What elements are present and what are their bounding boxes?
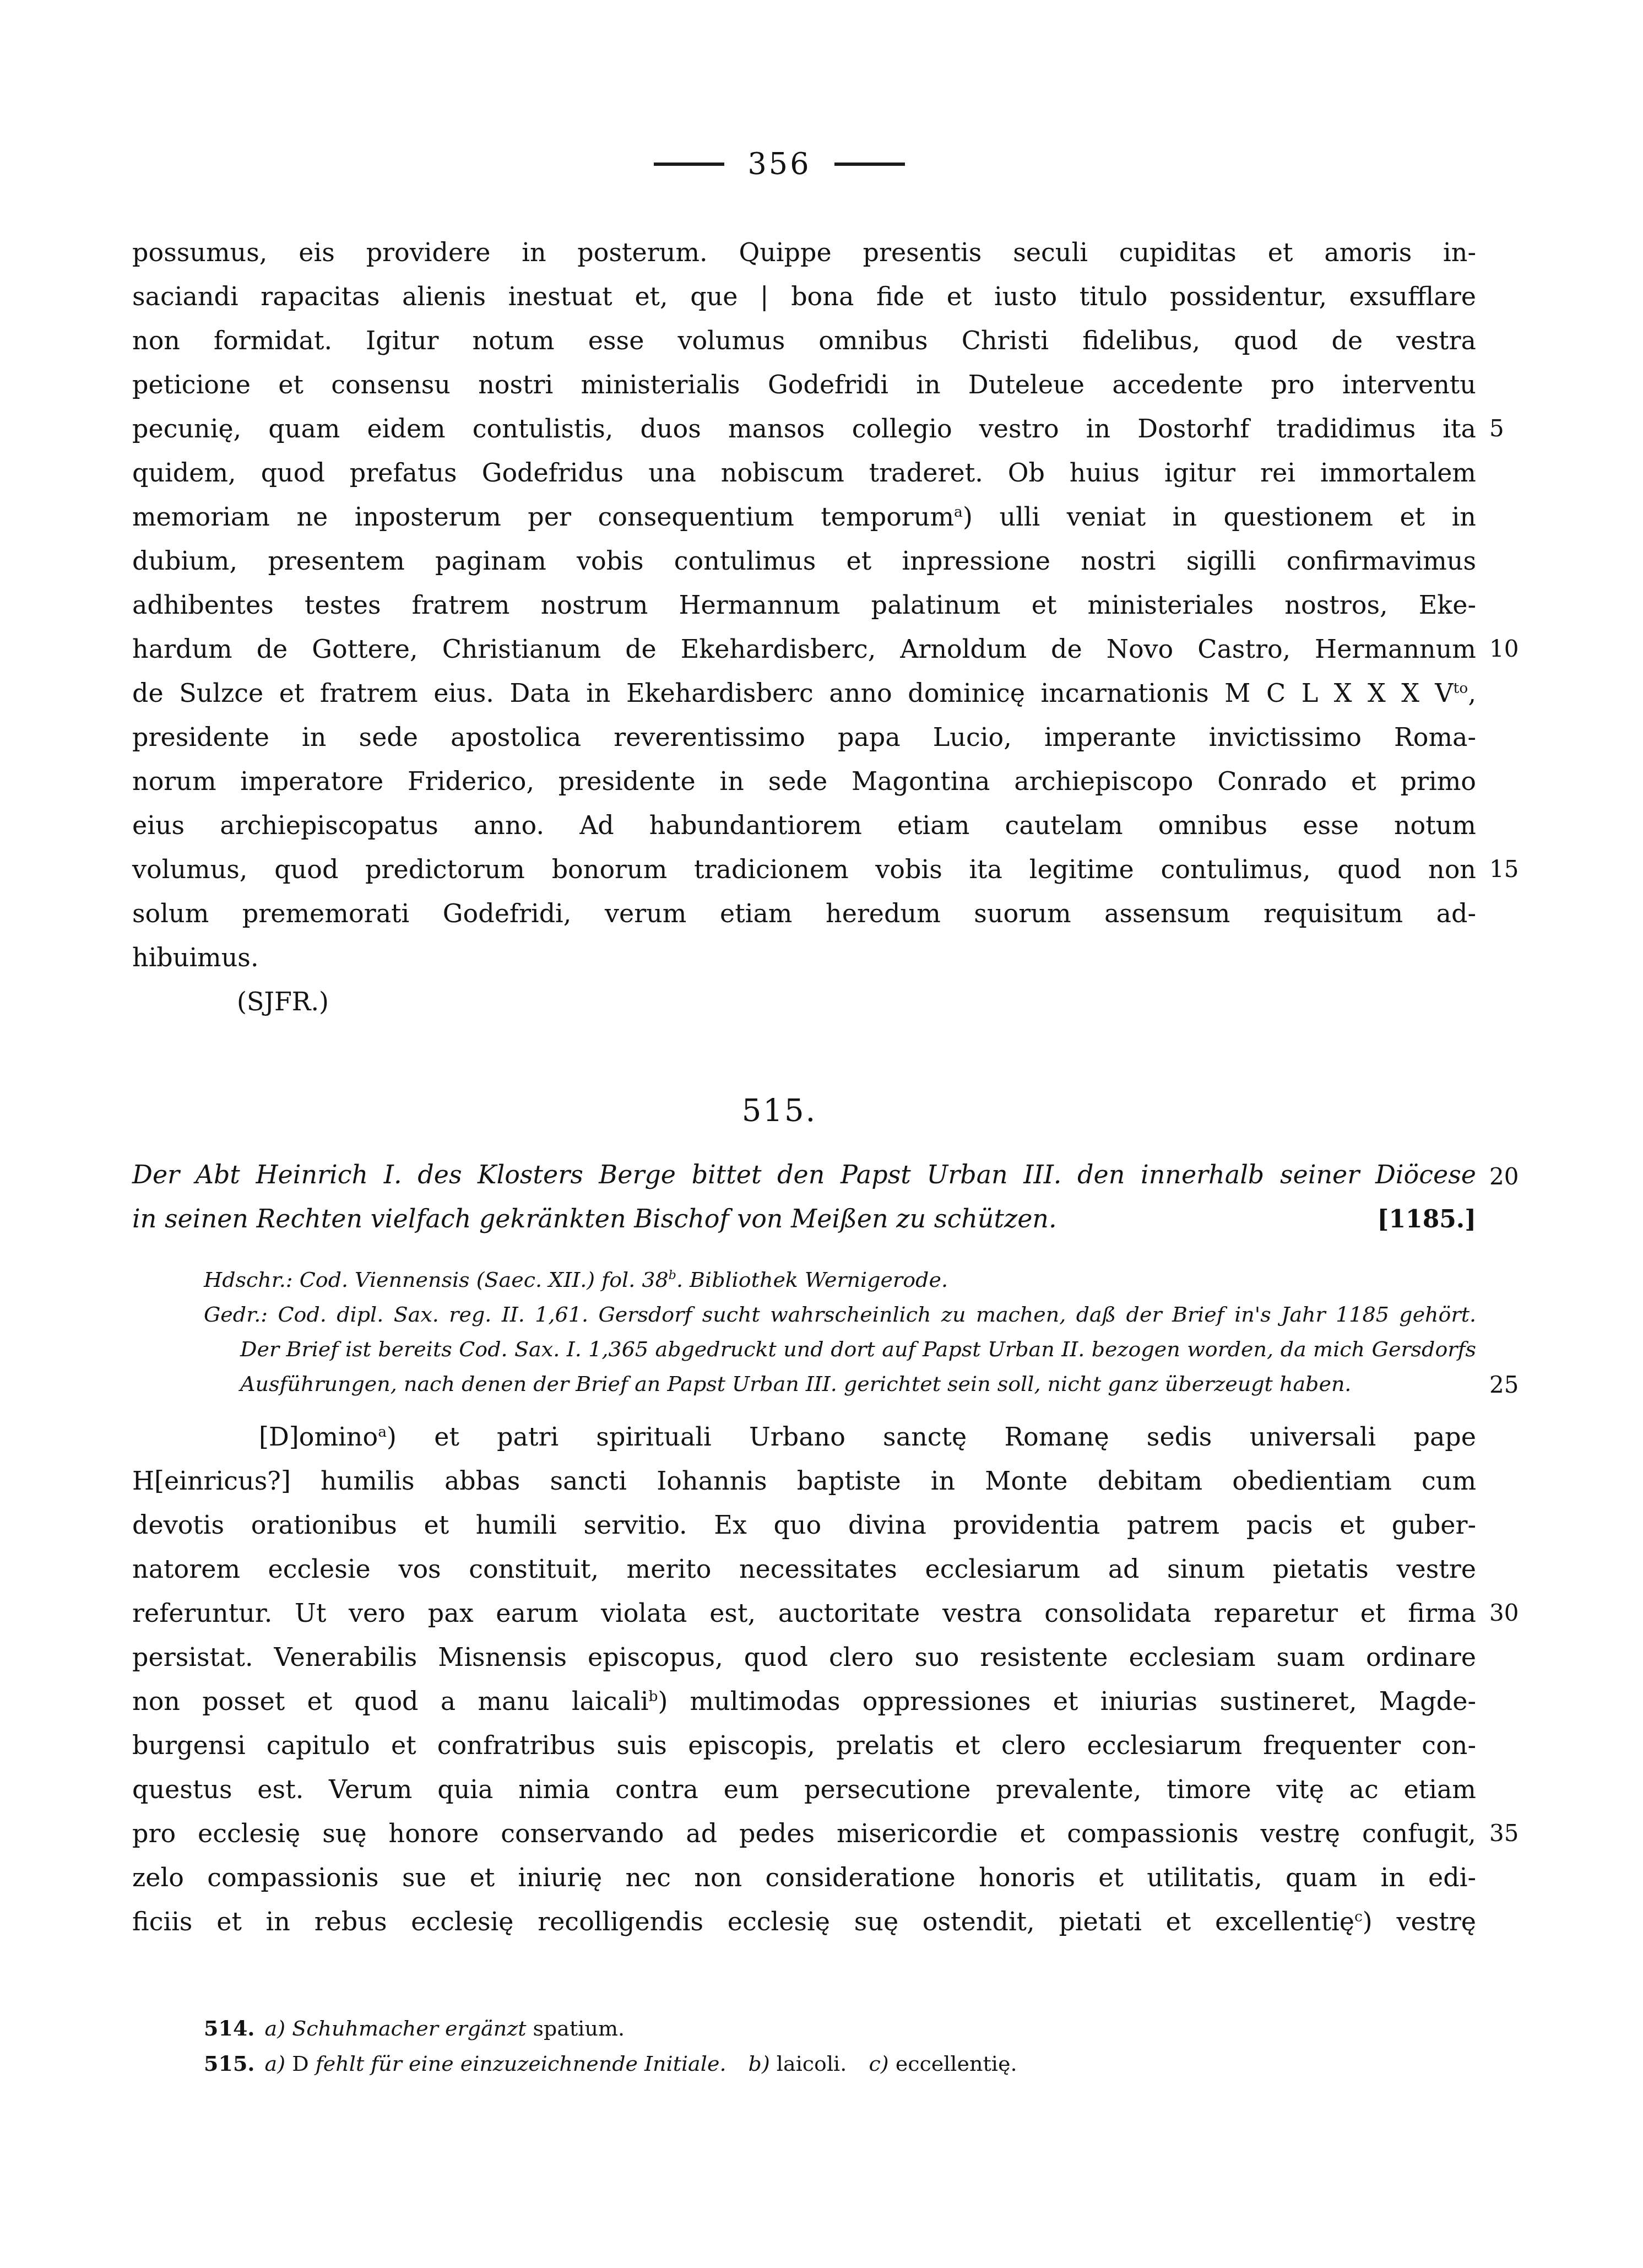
footnote-text-roman: laicoli. <box>777 2052 847 2076</box>
header-rule-left <box>654 163 724 166</box>
text-line: norum imperatore Friderico, presidente i… <box>132 759 1476 803</box>
editor-signature: (SJFR.) <box>132 979 1476 1024</box>
text-line: volumus, quod predictorum bonorum tradic… <box>132 847 1476 891</box>
footnote-marker-a: a) <box>265 2016 285 2040</box>
footnote-number: 514. <box>204 2016 255 2040</box>
superscript-to: to <box>1454 680 1468 697</box>
scanned-page: 356 possumus, eis providere in posterum.… <box>0 0 1643 2268</box>
margin-line-number: 30 <box>1489 1595 1539 1631</box>
text-segment: [D]omino <box>259 1422 378 1452</box>
text-segment: memoriam ne inposterum per consequentium… <box>132 502 954 532</box>
page-header: 356 <box>132 148 1427 181</box>
text-line: zelo compassionis sue et iniurię nec non… <box>132 1855 1476 1899</box>
text-line: hardum de Gottere, Christianum de Ekehar… <box>132 627 1476 671</box>
source-notes: Hdschr.: Cod. Viennensis (Saec. XII.) fo… <box>204 1263 1476 1401</box>
text-line: pecunię, quam eidem contulistis, duos ma… <box>132 407 1476 451</box>
text-line: [D]ominoa) et patri spirituali Urbano sa… <box>132 1415 1476 1459</box>
text-line: presidente in sede apostolica reverentis… <box>132 715 1476 759</box>
text-line: referuntur. Ut vero pax earum violata es… <box>132 1591 1476 1635</box>
footnotes: 514.a) Schuhmacher ergänzt spatium. 515.… <box>204 2011 1476 2081</box>
text-line: H[einricus?] humilis abbas sancti Iohann… <box>132 1459 1476 1503</box>
text-line: questus est. Verum quia nimia contra eum… <box>132 1767 1476 1811</box>
text-segment: ) multimodas oppressiones et iniurias su… <box>658 1686 1476 1716</box>
text-line: dubium, presentem paginam vobis contulim… <box>132 539 1476 583</box>
footnote-514: 514.a) Schuhmacher ergänzt spatium. <box>204 2011 1476 2046</box>
footnote-text-roman: D <box>292 2052 308 2076</box>
margin-line-number: 10 <box>1489 631 1539 667</box>
margin-line-number: 15 <box>1489 852 1539 887</box>
regest-line: Der Abt Heinrich I. des Klosters Berge b… <box>132 1152 1476 1197</box>
margin-line-number: 20 <box>1489 1159 1539 1194</box>
text-segment: ) et patri spirituali Urbano sanctę Roma… <box>387 1422 1476 1452</box>
regest-line: in seinen Rechten vielfach gekränkten Bi… <box>132 1197 1476 1242</box>
header-rule-right <box>834 163 905 166</box>
text-line: pro ecclesię suę honore conservando ad p… <box>132 1811 1476 1855</box>
source-line: Ausführungen, nach denen der Brief an Pa… <box>204 1367 1476 1401</box>
margin-line-number: 25 <box>1489 1367 1539 1403</box>
text-line: non formidat. Igitur notum esse volumus … <box>132 318 1476 362</box>
footnote-number: 515. <box>204 2051 255 2076</box>
regest: Der Abt Heinrich I. des Klosters Berge b… <box>132 1152 1476 1242</box>
text-line: de Sulzce et fratrem eius. Data in Ekeha… <box>132 671 1476 715</box>
text-line: burgensi capitulo et confratribus suis e… <box>132 1723 1476 1767</box>
text-segment: ) ulli veniat in questionem et in <box>963 502 1476 532</box>
document-515-heading: 515. <box>132 1094 1427 1129</box>
footnote-marker-a: a) <box>265 2052 285 2076</box>
page-number: 356 <box>747 148 811 181</box>
text-segment: de Sulzce et fratrem eius. Data in Ekeha… <box>132 678 1454 708</box>
footnote-marker-b: b) <box>749 2052 770 2076</box>
footnote-marker-c: c) <box>869 2052 888 2076</box>
folio-superscript: b <box>669 1269 676 1282</box>
footnote-text-roman: spatium. <box>533 2016 625 2040</box>
text-line: adhibentes testes fratrem nostrum Herman… <box>132 583 1476 627</box>
footnote-515: 515.a) D fehlt für eine einzuzeichnende … <box>204 2046 1476 2081</box>
date-badge: [1185.] <box>1378 1198 1476 1242</box>
footnote-marker: a <box>378 1423 387 1441</box>
text-line: possumus, eis providere in posterum. Qui… <box>132 230 1476 274</box>
text-segment: Hdschr.: Cod. Viennensis (Saec. XII.) fo… <box>204 1268 669 1292</box>
document-515-text: [D]ominoa) et patri spirituali Urbano sa… <box>132 1415 1476 1944</box>
text-segment: ) vestrę <box>1363 1907 1476 1936</box>
footnote-text-italic: Schuhmacher ergänzt <box>292 2016 526 2040</box>
text-line: ficiis et in rebus ecclesię recolligendi… <box>132 1899 1476 1944</box>
source-line-hdschr: Hdschr.: Cod. Viennensis (Saec. XII.) fo… <box>204 1263 1476 1297</box>
footnote-marker: b <box>648 1688 658 1705</box>
text-line: eius archiepiscopatus anno. Ad habundant… <box>132 803 1476 847</box>
footnote-text-italic: fehlt für eine einzuzeichnende Initiale. <box>316 2052 726 2076</box>
text-segment: . Bibliothek Wernigerode. <box>676 1268 948 1292</box>
margin-line-number: 5 <box>1489 411 1539 446</box>
text-segment: non posset et quod a manu laicali <box>132 1686 648 1716</box>
footnote-marker: a <box>954 504 963 521</box>
regest-text: in seinen Rechten vielfach gekränkten Bi… <box>132 1197 1057 1241</box>
footnote-text-roman: eccellentię. <box>896 2052 1017 2076</box>
text-line: persistat. Venerabilis Misnensis episcop… <box>132 1635 1476 1679</box>
text-line: saciandi rapacitas alienis inestuat et, … <box>132 274 1476 318</box>
text-line: natorem ecclesie vos constituit, merito … <box>132 1547 1476 1591</box>
text-line: non posset et quod a manu laicalib) mult… <box>132 1679 1476 1723</box>
text-line: peticione et consensu nostri ministerial… <box>132 362 1476 407</box>
text-line: devotis orationibus et humili servitio. … <box>132 1503 1476 1547</box>
source-line-gedr: Gedr.: Cod. dipl. Sax. reg. II. 1,61. Ge… <box>204 1297 1476 1332</box>
text-line: quidem, quod prefatus Godefridus una nob… <box>132 451 1476 495</box>
margin-line-number: 35 <box>1489 1816 1539 1851</box>
document-514-text: possumus, eis providere in posterum. Qui… <box>132 230 1476 1024</box>
text-segment: , <box>1468 678 1476 708</box>
footnote-marker: c <box>1354 1908 1363 1925</box>
text-line: memoriam ne inposterum per consequentium… <box>132 495 1476 539</box>
text-line: solum prememorati Godefridi, verum etiam… <box>132 891 1476 935</box>
text-segment: ficiis et in rebus ecclesię recolligendi… <box>132 1907 1354 1936</box>
text-line: hibuimus. <box>132 935 1476 979</box>
source-line: Der Brief ist bereits Cod. Sax. I. 1,365… <box>204 1332 1476 1367</box>
